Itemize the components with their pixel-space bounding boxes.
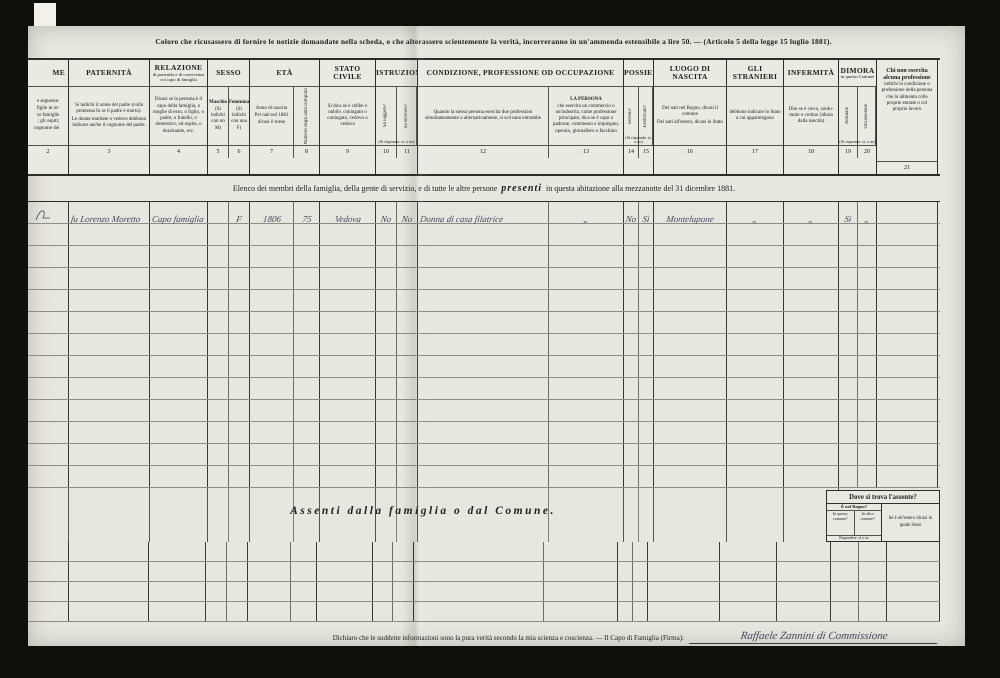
table-cell [633,582,648,601]
table-cell [208,224,229,245]
table-cell [229,378,250,399]
table-cell [549,466,624,487]
table-cell [69,246,150,267]
assenti-rows [28,542,940,622]
table-cell [418,224,549,245]
column-number-6: 6 [229,146,249,158]
header-group-nome: MEe seguente:figlie in or-ve famiglie; g… [28,60,69,174]
presenti-row [28,356,940,378]
table-cell: No [624,202,639,223]
table-cell [28,378,69,399]
assente-regno-section: È nel Regno? In questo comune? In altro … [827,504,882,541]
table-cell [69,542,149,561]
header-group-istruzione: ISTRUZIONESa leggere?Sa scrivere?(Si ris… [376,60,418,174]
table-cell [208,334,229,355]
header-col-desc: indichi la condizione o professione dell… [877,82,937,113]
table-cell [229,422,250,443]
table-cell [320,466,376,487]
table-cell [877,444,938,465]
table-cell: F [229,202,250,223]
table-cell [418,444,549,465]
table-cell [877,312,938,333]
table-cell [624,312,639,333]
handwritten-entry: Donna di casa filatrice [419,215,504,224]
header-number-row: 3 [69,145,149,158]
table-cell [28,542,69,561]
header-col-19: Abituale [839,87,858,145]
header-title-text: ISTRUZIONE [376,69,417,77]
table-cell [397,224,418,245]
header-title-possiede: POSSIEDE [624,60,653,87]
header-title-text: INFERMITÀ [784,69,838,77]
table-cell [291,582,317,601]
table-cell: „ [784,202,839,223]
table-cell [877,356,938,377]
header-col-rotated-label: Sa leggere? [383,104,388,127]
table-cell [858,290,877,311]
header-col-desc: Si indichi il nome del padre (colla prem… [69,103,149,116]
table-cell [28,224,69,245]
table-cell [206,582,227,601]
table-cell [376,400,397,421]
handwritten-entry: „ [864,215,870,224]
table-cell [317,542,372,561]
table-cell [858,444,877,465]
column-number-17: 17 [727,146,783,158]
header-col-8: Numero degli anni compiuti [294,87,319,145]
table-cell [654,356,727,377]
header-col-13: LA PERSONAche esercita un commercio o un… [549,87,623,145]
header-group-note: (Si risponda: sì, o no) [839,140,876,145]
table-cell [28,466,69,487]
table-cell [549,290,624,311]
header-col-desc2: Dei nati all'estero, dicasi lo Stato [655,119,725,126]
header-body-nome: e seguente:figlie in or-ve famiglie; gli… [28,87,68,145]
table-cell [250,422,294,443]
table-cell [320,268,376,289]
table-cell: 75 [294,202,320,223]
table-cell [624,290,639,311]
handwritten-entry: 1806 [262,215,281,224]
column-number-7: 7 [250,146,294,158]
header-number-row: 16 [654,145,726,158]
header-col-desc: che esercita un commercio o un'industria… [549,104,623,135]
table-cell [376,422,397,443]
header-col-11: Sa scrivere? [397,87,418,145]
table-cell [654,224,727,245]
table-cell [618,602,633,621]
table-cell [777,542,831,561]
table-cell [28,312,69,333]
table-cell [397,378,418,399]
table-cell [373,542,394,561]
header-title-condizione: CONDIZIONE, PROFESSIONE OD OCCUPAZIONE [418,60,623,87]
table-cell [858,224,877,245]
table-cell [777,562,831,581]
table-cell [549,400,624,421]
table-cell [320,312,376,333]
header-title-paternita: PATERNITÀ [69,60,149,87]
table-cell [654,268,727,289]
table-cell [877,378,938,399]
header-title-nome: ME [28,60,68,87]
table-cell [858,268,877,289]
table-cell [28,562,69,581]
header-group-eta: ETÀAnno di nascitaPei nati nel 1881 dica… [250,60,320,174]
table-cell [229,290,250,311]
table-cell [227,582,248,601]
table-cell [544,602,618,621]
header-group-infermita: INFERMITÀDire se è cieco, sordo-muto o c… [784,60,839,174]
header-col-desc: (Si indichi con una F) [229,107,249,132]
header-group-stranieri: GLI STRANIERIdebbono indicare lo Stato a… [727,60,784,174]
table-cell [624,246,639,267]
table-cell [414,542,544,561]
table-cell [639,224,654,245]
table-cell [150,378,208,399]
table-cell [654,444,727,465]
header-col-desc: Quando la stessa persona esercita due pr… [418,110,548,123]
table-cell [727,466,784,487]
header-title-text: ME [28,69,68,77]
table-cell [877,268,938,289]
table-cell [549,268,624,289]
header-col-12: Quando la stessa persona esercita due pr… [418,87,549,145]
table-cell [624,334,639,355]
table-cell [397,400,418,421]
table-cell [877,290,938,311]
header-title-text: CONDIZIONE, PROFESSIONE OD OCCUPAZIONE [418,69,623,77]
table-cell [376,356,397,377]
column-number-3: 3 [69,146,149,158]
header-title-stranieri: GLI STRANIERI [727,60,783,87]
table-cell [887,562,940,581]
table-cell [397,312,418,333]
table-cell [727,268,784,289]
table-cell [839,466,858,487]
table-cell [720,582,776,601]
table-cell [858,378,877,399]
table-cell [150,444,208,465]
table-cell [320,356,376,377]
table-cell [777,602,831,621]
presenti-caption-pre: Elenco dei membri della famiglia, della … [233,184,497,193]
table-cell [150,246,208,267]
table-cell [250,356,294,377]
table-cell [393,542,414,561]
handwritten-entry: 75 [301,215,311,224]
table-cell [320,378,376,399]
column-number-20: 20 [858,146,876,158]
presenti-row [28,334,940,356]
table-cell [839,422,858,443]
table-cell [294,378,320,399]
table-cell [294,224,320,245]
table-cell [549,422,624,443]
header-col-rotated-label: Occasionale [864,104,869,128]
column-number-16: 16 [654,146,726,158]
handwritten-entry: fu Lorenzo Moretto [70,215,141,224]
table-cell [291,602,317,621]
table-cell [69,562,149,581]
table-cell [393,602,414,621]
table-cell [317,602,372,621]
table-cell [206,542,227,561]
table-cell [208,312,229,333]
presenti-row [28,400,940,422]
table-cell: „ [858,202,877,223]
table-cell [639,444,654,465]
assente-altro-comune-label: In altro comune? [855,511,882,535]
table-cell [291,562,317,581]
table-cell [839,378,858,399]
table-cell [208,268,229,289]
header-col-17: debbono indicare lo Stato a cui apparten… [727,87,783,145]
header-col-18: Dire se è cieco, sordo-muto o cretino (i… [784,87,838,145]
paper-scrap-corner [34,3,56,27]
table-cell [320,224,376,245]
presenti-rows: fu Lorenzo MorettoCapo famigliaF180675Ve… [28,202,940,488]
handwritten-entry: Sì [844,215,852,224]
table-cell [376,444,397,465]
header-col-9: Si dica se è celibe o nubile, coniugato … [320,87,375,145]
table-cell [418,356,549,377]
table-cell [28,268,69,289]
table-cell: „ [727,202,784,223]
header-group-relazione: RELAZIONEdi parentela e di convivenza co… [150,60,208,174]
table-cell [654,334,727,355]
table-cell [839,290,858,311]
table-cell [227,602,248,621]
table-cell: 1806 [250,202,294,223]
header-body-stranieri: debbono indicare lo Stato a cui apparten… [727,87,783,145]
table-cell [639,400,654,421]
header-body-possiede: Terreni?Fabbricati?(Si risponda: sì, o n… [624,87,653,145]
handwritten-entry: No [380,215,392,224]
table-cell [839,224,858,245]
table-cell [654,400,727,421]
table-cell [418,466,549,487]
table-cell [418,334,549,355]
table-cell [839,246,858,267]
table-cell [250,224,294,245]
table-cell [320,444,376,465]
table-cell [317,582,372,601]
header-number-row: 56 [208,145,249,158]
table-cell [229,246,250,267]
table-cell [150,422,208,443]
table-cell [28,290,69,311]
handwritten-entry: Montelupone [666,215,715,224]
table-cell [208,246,229,267]
header-title-relazione: RELAZIONEdi parentela e di convivenza co… [150,60,207,87]
table-cell [397,246,418,267]
table-cell [376,290,397,311]
head-of-family-signature: Raffaele Zannini di Commissione [689,630,939,644]
table-cell [859,582,887,601]
table-cell [418,246,549,267]
table-cell [887,542,940,561]
table-cell [654,378,727,399]
header-col-head: Chi non esercita alcuna professione [877,68,937,82]
table-cell [320,334,376,355]
header-body-stato: Si dica se è celibe o nubile, coniugato … [320,87,375,145]
table-cell: Donna di casa filatrice [418,202,549,223]
handwritten-entry: „ [583,215,589,224]
table-cell [373,562,394,581]
table-cell [887,582,940,601]
assenti-header-zone: Assenti dalla famiglia o dal Comune. Dov… [28,488,940,542]
header-number-row: 78 [250,145,319,158]
header-body-eta: Anno di nascitaPei nati nel 1881 dicasi … [250,87,319,145]
header-title-text: ETÀ [250,69,319,77]
table-cell [720,542,776,561]
table-cell [227,562,248,581]
table-cell [624,356,639,377]
handwritten-entry: No [625,215,637,224]
table-cell [654,246,727,267]
header-group-note: (Si risponda: sì, o no) [376,140,417,145]
assente-location-box: Dove si trova l'assente? È nel Regno? In… [826,490,940,542]
presenti-row [28,268,940,290]
table-cell: No [376,202,397,223]
column-number-2: 2 [28,146,68,158]
header-title-dimora: DIMORAin questo Comune [839,60,876,87]
table-cell [624,422,639,443]
table-cell [149,602,206,621]
table-cell [618,562,633,581]
table-cell [69,290,150,311]
table-cell: Capo famiglia [150,202,208,223]
table-cell [727,356,784,377]
header-number-row: 1213 [418,145,623,158]
table-cell [859,542,887,561]
header-col-16: Dei nati nel Regno, dicasi il comuneDei … [654,87,726,145]
header-group-dimora: DIMORAin questo ComuneAbitualeOccasional… [839,60,877,174]
header-title-eta: ETÀ [250,60,319,87]
table-cell [69,224,150,245]
table-cell [414,582,544,601]
table-cell [250,378,294,399]
header-title-infermita: INFERMITÀ [784,60,838,87]
table-cell [877,466,938,487]
header-body-istruzione: Sa leggere?Sa scrivere?(Si risponda: sì,… [376,87,417,145]
table-cell [150,312,208,333]
header-group-condizione: CONDIZIONE, PROFESSIONE OD OCCUPAZIONEQu… [418,60,624,174]
table-cell [877,400,938,421]
table-cell [839,356,858,377]
column-number-9: 9 [320,146,375,158]
header-title-text: RELAZIONE [150,64,207,72]
table-cell [294,268,320,289]
header-title-text: STATO CIVILE [320,65,375,81]
table-cell [229,224,250,245]
table-cell [839,444,858,465]
assente-risposta-note: Rispondere: sì o no [827,535,881,541]
table-cell [250,466,294,487]
table-cell [376,312,397,333]
table-cell [150,400,208,421]
presenti-row [28,422,940,444]
table-cell [784,356,839,377]
header-body-professione: Chi non esercita alcuna professioneindic… [877,60,937,161]
table-cell [227,542,248,561]
table-cell [418,378,549,399]
header-col-desc: Dicasi se la persona è il capo della fam… [150,97,207,135]
table-cell [320,400,376,421]
table-cell [229,268,250,289]
header-col-4: Dicasi se la persona è il capo della fam… [150,87,207,145]
header-title-text: PATERNITÀ [69,69,149,77]
table-cell: Sì [839,202,858,223]
header-col-3: Si indichi il nome del padre (colla prem… [69,87,149,145]
table-cell [887,602,940,621]
header-body-paternita: Si indichi il nome del padre (colla prem… [69,87,149,145]
table-cell [858,400,877,421]
table-cell [69,466,150,487]
table-cell [784,268,839,289]
header-col-7: Anno di nascitaPei nati nel 1881 dicasi … [250,87,294,145]
header-title-text: DIMORA [839,67,876,75]
table-cell [208,422,229,443]
header-col-desc-fragments: e seguente:figlie in or-ve famiglie; gli… [34,99,63,133]
presenti-row [28,312,940,334]
table-cell [69,400,150,421]
presenti-caption: Elenco dei membri della famiglia, della … [28,176,940,202]
table-cell [858,246,877,267]
header-number-row: 1415 [624,145,653,158]
table-cell [839,312,858,333]
header-body-condizione: Quando la stessa persona esercita due pr… [418,87,623,145]
table-cell [624,378,639,399]
table-cell [648,602,720,621]
table-cell [839,400,858,421]
table-cell [28,422,69,443]
header-col-2: e seguente:figlie in or-ve famiglie; gli… [28,87,68,145]
assenti-row [28,542,940,562]
column-number-13: 13 [549,146,623,158]
header-col-desc: Dire se è cieco, sordo-muto o cretino (i… [784,107,838,126]
table-cell [294,334,320,355]
table-cell [208,356,229,377]
table-cell [549,444,624,465]
table-cell [250,246,294,267]
table-cell [727,312,784,333]
table-cell [831,602,859,621]
table-cell [720,602,776,621]
header-col-20: Occasionale [858,87,877,145]
table-cell [397,290,418,311]
table-cell [376,268,397,289]
table-cell: No [397,202,418,223]
header-number-row: 9 [320,145,375,158]
assenti-row [28,582,940,602]
table-cell: Vedova [320,202,376,223]
table-cell [784,246,839,267]
table-cell [208,400,229,421]
handwritten-entry: F [236,215,243,224]
table-cell [639,246,654,267]
table-cell [149,562,206,581]
header-title-luogo: LUOGO DI NASCITA [654,60,726,87]
table-cell [320,246,376,267]
header-title-text: LUOGO DI NASCITA [654,65,726,81]
table-cell [858,312,877,333]
table-cell [639,334,654,355]
header-col-rotated-label: Numero degli anni compiuti [304,88,309,145]
table-cell [639,290,654,311]
table-cell [294,400,320,421]
